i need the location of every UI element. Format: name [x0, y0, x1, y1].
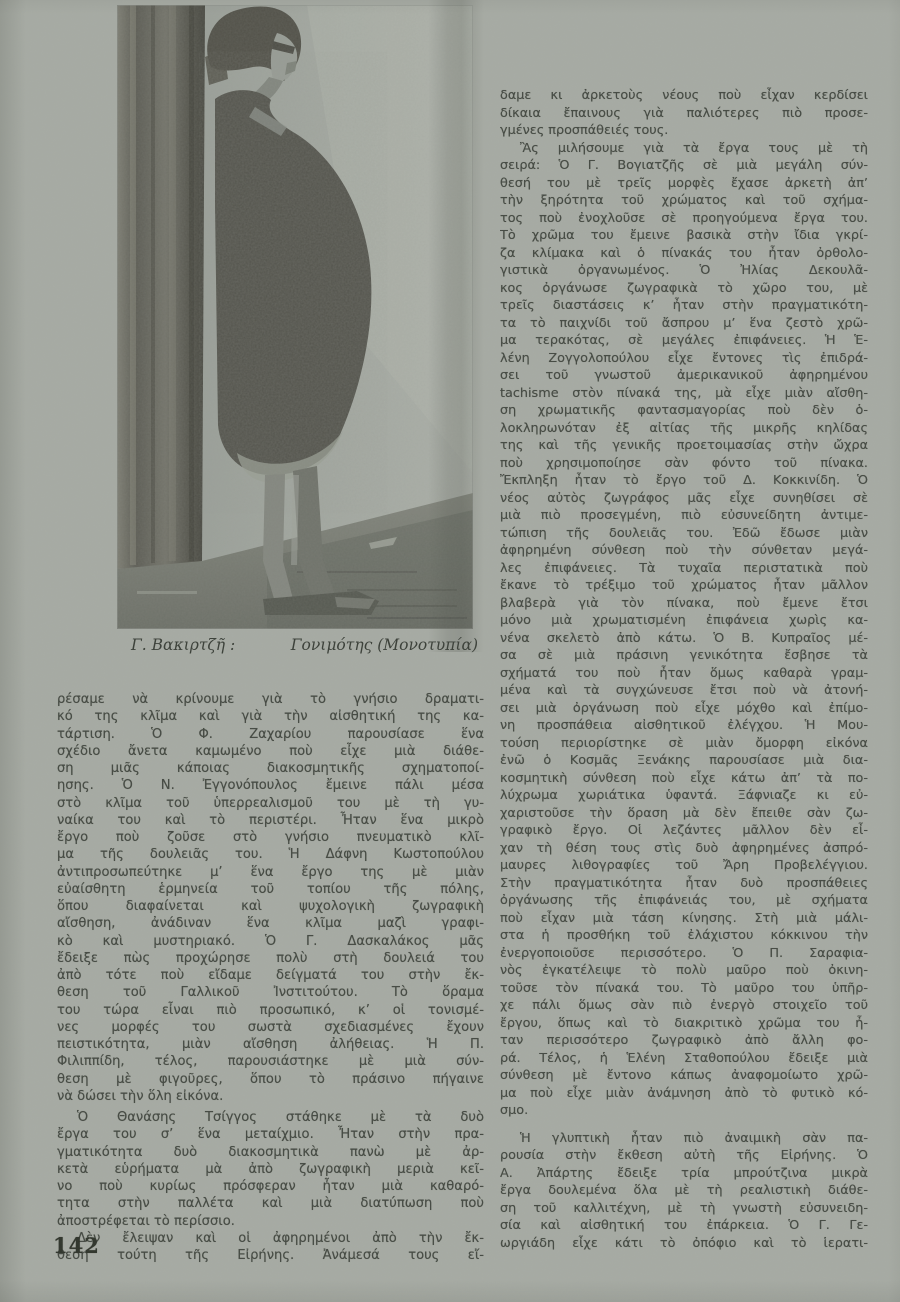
- text-line: ἀφηρημένη σύνθεση ποὺ τὴν σύνθεταν μεγά-: [500, 542, 868, 560]
- text-line: τα τὸ παιχνίδι τοῦ ἄσπρου μ’ ἕνα ζεστὸ χ…: [500, 315, 868, 333]
- text-line: ἔδειξε πὼς προχώρησε πολὺ στὴ δουλειά το…: [57, 950, 484, 967]
- paragraph: Ἡ γλυπτικὴ ἦταν πιὸ ἀναιμικὴ σὰν πα-ρουσ…: [500, 1130, 868, 1253]
- caption-artwork-title: Γονιμότης (Μονοτυπία): [291, 636, 478, 654]
- text-line: ἔργα του σ’ ἕνα μεταίχμιο. Ἦταν στὴν πρα…: [57, 1126, 484, 1143]
- text-line: Ἂς μιλήσουμε γιὰ τὰ ἔργα τους μὲ τὴ: [500, 140, 868, 158]
- monotype-artwork-pregnant-woman-image: [117, 5, 473, 629]
- text-line: ὀργάνωσης τῆς ἐπιφάνειάς του, μὲ σχήματα: [500, 892, 868, 910]
- paragraph: ρέσαμε νὰ κρίνουμε γιὰ τὸ γνήσιο δραματι…: [57, 691, 484, 1105]
- text-line: Τὸ χρῶμα του ἔμεινε βασικὰ στὴν ἴδια γκρ…: [500, 227, 868, 245]
- text-line: σμο.: [500, 1102, 868, 1120]
- text-line: ἀντιπροσωπεύτηκε μ’ ἕνα ἔργο της μὲ μιὰν: [57, 864, 484, 881]
- text-line: της καὶ τῆς γενικῆς προετοιμασίας στὴν ὤ…: [500, 437, 868, 455]
- paragraph: δαμε κι ἀρκετοὺς νέους ποὺ εἶχαν κερδίσε…: [500, 87, 868, 140]
- text-line: μιὰ πιὸ προσεγμένη, πιὸ εὐσυνείδητη ἀντι…: [500, 507, 868, 525]
- text-line: σχέδιο ἄνετα καμωμένο ποὺ εἶχε μιὰ διάθε…: [57, 743, 484, 760]
- text-line: νένα σκελετὸ ἀπὸ κάτω. Ὁ Β. Κυπραῖος μέ-: [500, 630, 868, 648]
- text-line: κετὰ εὑρήματα μὰ ἀπὸ ζωγραφικὴ μεριὰ κεῖ…: [57, 1161, 484, 1178]
- text-line: τρεῖς διαστάσεις κ’ ἦταν στὴν πραγματικό…: [500, 297, 868, 315]
- text-line: μένα καὶ τὰ συγχώνευσε ἔτσι ποὺ νὰ ἀτονή…: [500, 682, 868, 700]
- text-line: Δὲν ἔλειψαν καὶ οἱ ἀφηρημένοι ἀπὸ τὴν ἔκ…: [57, 1230, 484, 1247]
- text-line: θεση τοῦ Γαλλικοῦ Ἰνστιτούτου. Τὸ ὅραμα: [57, 984, 484, 1001]
- text-line: χαν τὴ θέση τους στὶς δυὸ ἀφηρημένες ἀσπ…: [500, 840, 868, 858]
- text-line: ἐνεργοποιοῦσε περισσότερο. Ὁ Π. Σαραφια-: [500, 945, 868, 963]
- text-line: ση τοῦ καλλιτέχνη, μὲ τὴ γνωστὴ εὐσυνειδ…: [500, 1200, 868, 1218]
- text-line: κοσμητικὴ σύνθεση ποὺ εἶχε κάτω ἀπ’ τὰ π…: [500, 770, 868, 788]
- text-line: θεσή του μὲ τρεῖς μορφὲς ἔχασε ἀρκετὴ ἀπ…: [500, 175, 868, 193]
- text-line: ἀπὸ τότε ποὺ εἴδαμε δείγματά του στὴν ἔκ…: [57, 967, 484, 984]
- text-line: κὸ καὶ μυστηριακό. Ὁ Γ. Δασκαλάκος μᾶς: [57, 933, 484, 950]
- text-line: χε πάλι ὅμως σὰν πιὸ ἐνεργὸ στοιχεῖο τοῦ: [500, 997, 868, 1015]
- text-line: κος ὀργάνωσε ζωγραφικὰ τὸ χῶρο του, μὲ: [500, 280, 868, 298]
- text-line: ρά. Τέλος, ἡ Ἑλένη Σταθοπούλου ἔδειξε μι…: [500, 1050, 868, 1068]
- text-line: εὐαίσθητη ἑρμηνεία τοῦ τοπίου τῆς πόλης,: [57, 881, 484, 898]
- artwork-caption: Γ. Βακιρτζῆ : Γονιμότης (Μονοτυπία): [117, 636, 478, 654]
- text-line: tachisme στὸν πίνακά της, μὰ εἶχε μιὰν α…: [500, 385, 868, 403]
- text-line: πειστικότητα, μιὰν αἴσθηση ἀλήθειας. Ἡ Π…: [57, 1036, 484, 1053]
- text-line: λες ἐπιφάνειες. Τὰ τυχαῖα περιστατικὰ πο…: [500, 560, 868, 578]
- text-line: βλαβερὰ γιὰ τὸν πίνακα, ποὺ ἔμενε ἔτσι: [500, 595, 868, 613]
- text-column-right: δαμε κι ἀρκετοὺς νέους ποὺ εἶχαν κερδίσε…: [500, 87, 868, 1252]
- text-line: τὴν ξηρότητα τοῦ χρώματος καὶ τοῦ σχήμα-: [500, 192, 868, 210]
- text-line: σία καὶ αἰσθητική του ἐπάρκεια. Ὁ Γ. Γε-: [500, 1217, 868, 1235]
- caption-artist-name: Γ. Βακιρτζῆ :: [131, 636, 235, 654]
- text-line: ποὺ εἶχαν μιὰ τάση κίνησης. Στὴ μιὰ μάλι…: [500, 910, 868, 928]
- text-line: στα ἡ προσθήκη τοῦ ἐλάχιστου κόκκινου τὴ…: [500, 927, 868, 945]
- text-line: τος ποὺ ἐνοχλοῦσε σὲ προηγούμενα ἔργα το…: [500, 210, 868, 228]
- text-line: μαυρες λιθογραφίες τοῦ Ἄρη Προβελέγγιου.: [500, 857, 868, 875]
- text-line: ησης. Ὁ Ν. Ἐγγονόπουλος ἔμεινε πάλι μέσα: [57, 777, 484, 794]
- text-line: νες μορφές του σωστὰ σχεδιασμένες ἔχουν: [57, 1019, 484, 1036]
- text-line: λένη Ζογγολοπούλου εἶχε ἔντονες τὶς ἐπιδ…: [500, 350, 868, 368]
- text-line: τάρτιση. Ὁ Φ. Ζαχαρίου παρουσίασε ἕνα: [57, 726, 484, 743]
- text-column-left: ρέσαμε νὰ κρίνουμε γιὰ τὸ γνήσιο δραματι…: [57, 691, 484, 1264]
- text-line: Ἔκπληξη ἦταν τὸ ἔργο τοῦ Δ. Κοκκινίδη. Ὁ: [500, 472, 868, 490]
- text-line: ζα κλίμακα καὶ ὁ πίνακάς του ἦταν ὀρθολο…: [500, 245, 868, 263]
- text-line: λοκληρωνόταν ἐξ αἰτίας τῆς μικρῆς κηλίδα…: [500, 420, 868, 438]
- text-line: ἔκανε τὸ τρέξιμο τοῦ χρώματος ἦταν μᾶλλο…: [500, 577, 868, 595]
- page-number: 142: [53, 1233, 100, 1258]
- magazine-page: Γ. Βακιρτζῆ : Γονιμότης (Μονοτυπία) ρέσα…: [0, 0, 900, 1302]
- text-line: δίκαια ἔπαινους γιὰ παλιότερες πιὸ προσε…: [500, 105, 868, 123]
- text-line: μα τῆς δουλειᾶς του. Ἡ Δάφνη Κωστοπούλου: [57, 846, 484, 863]
- text-line: τοῦσε τὸν πίνακά του. Τὸ μαῦρο του ὑπῆρ-: [500, 980, 868, 998]
- text-line: σει μιὰ ὀργάνωση ποὺ εἶχε μόχθο καὶ ἐπίμ…: [500, 700, 868, 718]
- text-line: ναίκα του καὶ τὸ περιστέρι. Ἦταν ἕνα μικ…: [57, 812, 484, 829]
- text-line: μα τερακότας, σὲ μεγάλες ἐπιφάνειες. Ἡ Ἑ…: [500, 332, 868, 350]
- text-line: ἔργο ποὺ ζοῦσε στὸ γνήσιο πνευματικὸ κλῖ…: [57, 829, 484, 846]
- text-line: γραφικὸ ἔργο. Οἱ λεζάντες μᾶλλον δὲν εἶ-: [500, 822, 868, 840]
- text-line: γματικότητα δυὸ διακοσμητικὰ πανὼ μὲ ἀρ-: [57, 1144, 484, 1161]
- text-line: σύνθεση μὲ ἔντονο κάπως ἀναφομοίωτο χρῶ-: [500, 1067, 868, 1085]
- text-line: ση χρωματικῆς φαντασμαγορίας ποὺ δὲν ὁ-: [500, 402, 868, 420]
- text-line: λύχρωμα χωριάτικα ὑφαντά. Ξάφνιαζε κι εὐ…: [500, 787, 868, 805]
- text-line: ρέσαμε νὰ κρίνουμε γιὰ τὸ γνήσιο δραματι…: [57, 691, 484, 708]
- text-line: σχήματά του ποὺ ἦταν ὅμως καθαρὰ γραμ-: [500, 665, 868, 683]
- text-line: του τώρα εἶναι πιὸ προσωπικό, κ’ οἱ τονι…: [57, 1002, 484, 1019]
- paragraph: Ὁ Θανάσης Τσίγγος στάθηκε μὲ τὰ δυὸἔργα …: [57, 1109, 484, 1230]
- artwork-grain-texture: [117, 5, 473, 629]
- text-line: Ὁ Θανάσης Τσίγγος στάθηκε μὲ τὰ δυὸ: [57, 1109, 484, 1126]
- text-line: ἔργα δουλεμένα ὅλα μὲ τὴ ρεαλιστικὴ διάθ…: [500, 1182, 868, 1200]
- paragraph: Ἂς μιλήσουμε γιὰ τὰ ἔργα τους μὲ τὴσειρά…: [500, 140, 868, 1120]
- text-line: ωργιάδη εἶχε κάτι τὸ ὀπόφιο καὶ τὸ ἱερατ…: [500, 1235, 868, 1253]
- text-line: Στὴν πραγματικότητα ἦταν δυὸ προσπάθειες: [500, 875, 868, 893]
- text-line: κό της κλῖμα καὶ γιὰ τὴν αἰσθητική της κ…: [57, 708, 484, 725]
- text-line: στὸ κλῖμα τοῦ ὑπερρεαλισμοῦ του μὲ τὴ γυ…: [57, 795, 484, 812]
- text-line: δαμε κι ἀρκετοὺς νέους ποὺ εἶχαν κερδίσε…: [500, 87, 868, 105]
- text-line: θεση μὲ φιγοῦρες, ὅπου τὸ πράσινο πήγαιν…: [57, 1071, 484, 1088]
- text-line: μα ποὺ εἶχε μιὰν ἀνάμνηση ἀπὸ τὸ φυτικὸ …: [500, 1085, 868, 1103]
- text-line: σα σὲ μιὰ πράσινη γενικότητα ἔσβησε τὰ: [500, 647, 868, 665]
- text-line: τούση περιορίστηκε σὲ μιὰν ὄμορφη εἰκόνα: [500, 735, 868, 753]
- text-line: τητα στὴν παλλέτα καὶ μιὰ διατύπωση ποὺ: [57, 1195, 484, 1212]
- text-line: ἀποστρέφεται τὸ περίσσιο.: [57, 1213, 484, 1230]
- text-line: τώπιση τῆς δουλειᾶς του. Ἐδῶ ἔδωσε μιὰν: [500, 525, 868, 543]
- text-line: γμένες προσπάθειές τους.: [500, 122, 868, 140]
- text-line: νὸς ἐγκατέλειψε τὸ πολὺ μαῦρο ποὺ ὀκινη-: [500, 962, 868, 980]
- text-line: ἔργου, ὅπως καὶ τὸ διακριτικὸ χρῶμα του …: [500, 1015, 868, 1033]
- text-line: Α. Ἀπάρτης ἔδειξε τρία μπρούτζινα μικρὰ: [500, 1165, 868, 1183]
- text-line: νὰ δώσει τὴν ὅλη εἰκόνα.: [57, 1088, 484, 1105]
- text-line: νέος αὐτὸς ζωγράφος μᾶς εἶχε συνηθίσει σ…: [500, 490, 868, 508]
- text-line: σει τοῦ γνωστοῦ ἀμερικανικοῦ ἀφηρημένου: [500, 367, 868, 385]
- paragraph: Δὲν ἔλειψαν καὶ οἱ ἀφηρημένοι ἀπὸ τὴν ἔκ…: [57, 1230, 484, 1265]
- text-line: ὅπου διαφαίνεται καὶ ψυχολογικὴ ζωγραφικ…: [57, 898, 484, 915]
- text-line: χαριστοῦσε τὴν ὅραση μὰ δὲν ἔπειθε σὰν ζ…: [500, 805, 868, 823]
- text-line: ἐνῶ ὁ Κοσμᾶς Ξενάκης παρουσίασε μιὰ δια-: [500, 752, 868, 770]
- text-line: νη προσπάθεια αἰσθητικοῦ ἐλέγχου. Ἡ Μου-: [500, 717, 868, 735]
- text-line: ποὺ χρησιμοποίησε σὰν φόντο τοῦ πίνακα.: [500, 455, 868, 473]
- text-line: θεση τούτη τῆς Εἰρήνης. Ἀνάμεσά τους εἴ-: [57, 1247, 484, 1264]
- text-line: ταν περισσότερο ζωγραφικὸ ἀπὸ ἄλλη φο-: [500, 1032, 868, 1050]
- text-line: νο ποὺ κυρίως πρόσφεραν ἦταν μιὰ καθαρό-: [57, 1178, 484, 1195]
- text-line: αἴσθηση, ἀνάδιναν ἕνα κλῖμα μαζὶ γραφι-: [57, 915, 484, 932]
- text-line: ρουσία στὴν ἔκθεση αὐτὴ τῆς Εἰρήνης. Ὁ: [500, 1147, 868, 1165]
- text-line: σειρά: Ὁ Γ. Βογιατζῆς σὲ μιὰ μεγάλη σύν-: [500, 157, 868, 175]
- text-line: γιστικὰ ὀργανωμένος. Ὁ Ἠλίας Δεκουλᾶ-: [500, 262, 868, 280]
- text-line: ση μιᾶς κάποιας διακοσμητικῆς σχηματοποί…: [57, 760, 484, 777]
- text-line: Φιλιππίδη, τέλος, παρουσιάστηκε μὲ μιὰ σ…: [57, 1053, 484, 1070]
- text-line: Ἡ γλυπτικὴ ἦταν πιὸ ἀναιμικὴ σὰν πα-: [500, 1130, 868, 1148]
- text-line: μόνο μιὰ χρωματισμένη ἐπιφάνεια χωρὶς κα…: [500, 612, 868, 630]
